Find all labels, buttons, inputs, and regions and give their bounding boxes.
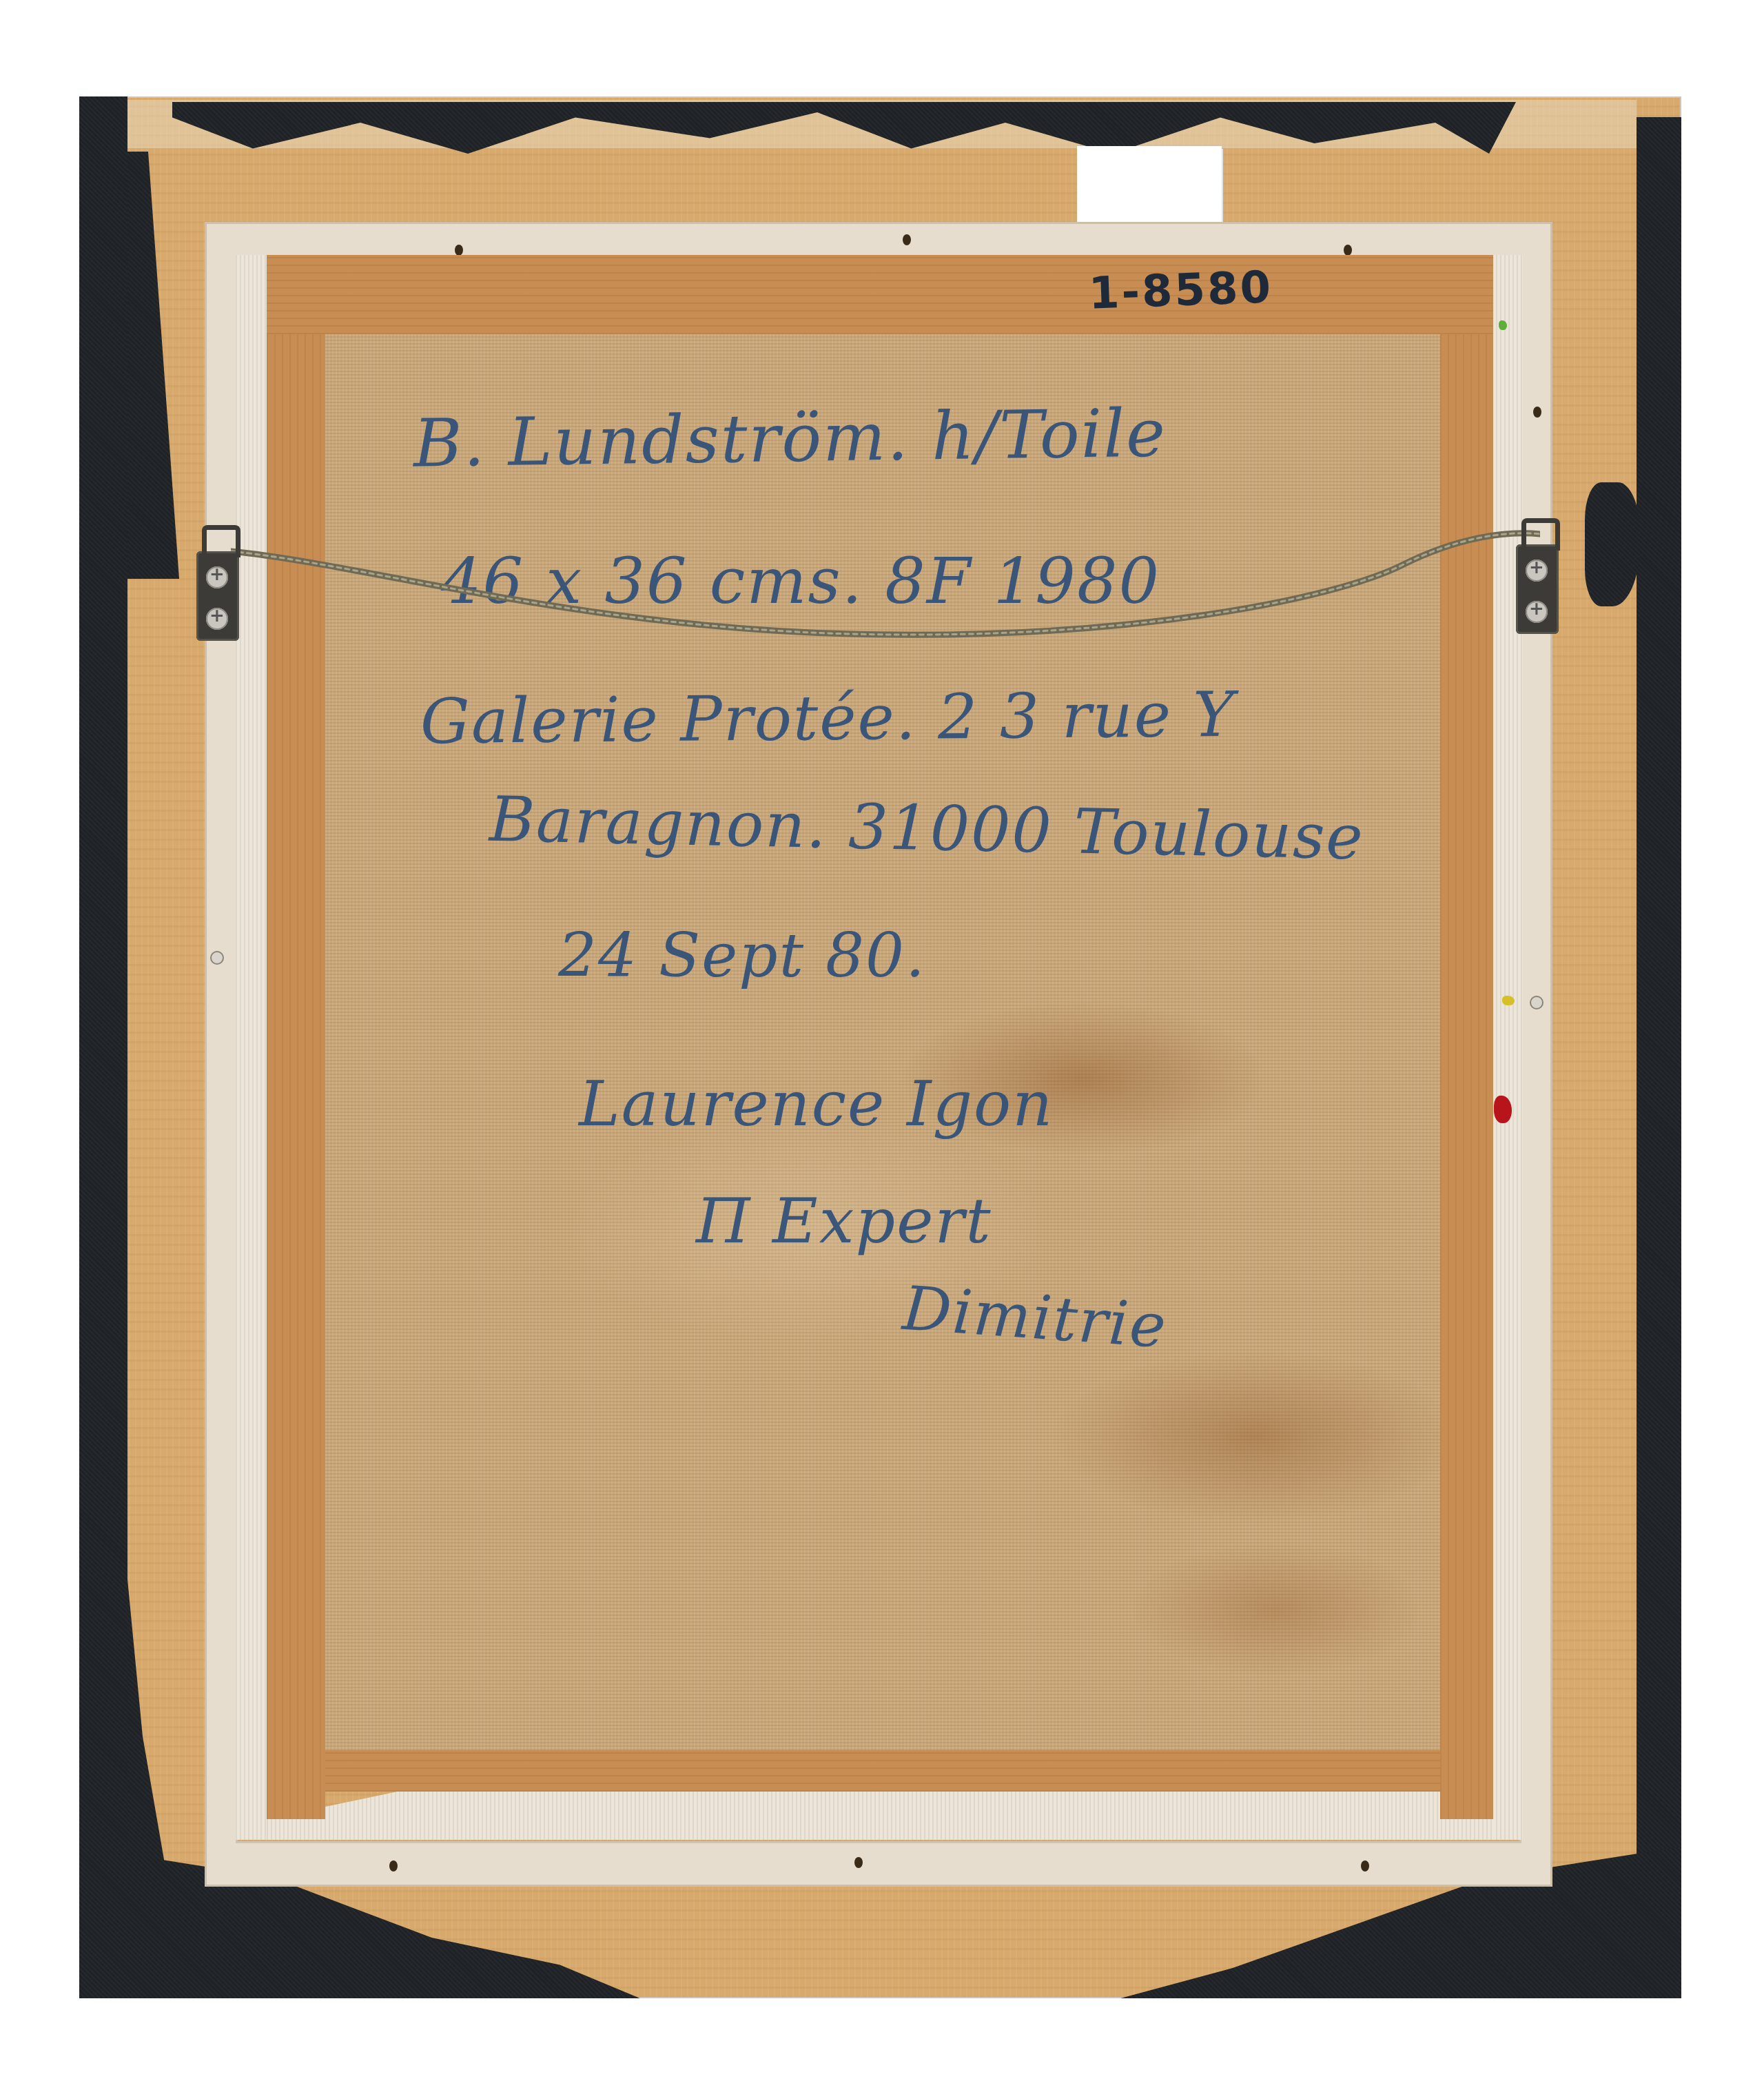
screw-icon: [206, 566, 228, 588]
stretcher-bar-bottom: [325, 1750, 1440, 1792]
nail-hole: [903, 234, 911, 245]
inscription-artist-medium: B. Lundström. h/Toile: [413, 394, 1167, 482]
stretcher-bar-left: [267, 334, 325, 1819]
d-ring-hanger-left-icon: [196, 551, 239, 641]
yellow-paint-mark: [1502, 996, 1515, 1005]
canvas-tacking-edge-left: [236, 255, 267, 1840]
nail-hole: [389, 1860, 398, 1871]
nail-hole: [1361, 1860, 1369, 1871]
d-ring-loop: [202, 525, 240, 557]
d-ring-loop: [1521, 518, 1560, 551]
screw-icon: [1526, 560, 1548, 582]
screw-icon: [1526, 601, 1548, 623]
nail-hole: [854, 1857, 863, 1868]
black-backing-paper-left: [79, 96, 127, 1998]
inscription-expert: Π Expert: [696, 1185, 992, 1258]
screw-icon: [210, 951, 224, 965]
nail-hole: [455, 245, 463, 256]
d-ring-hanger-right-icon: [1516, 544, 1559, 634]
black-backing-paper-right: [1637, 117, 1681, 1998]
inventory-number: 1-8580: [1088, 262, 1274, 319]
inscription-gallery: Galerie Protée. 2 3 rue Y: [420, 679, 1236, 758]
canvas-tacking-edge-right: [1492, 255, 1523, 1840]
nail-hole: [1344, 245, 1352, 256]
screw-icon: [1530, 996, 1543, 1009]
screw-icon: [206, 608, 228, 630]
red-paint-mark: [1494, 1096, 1512, 1123]
inscription-date: 24 Sept 80.: [558, 920, 926, 991]
black-backing-paper-right-patch: [1585, 482, 1640, 606]
stretcher-bar-right: [1440, 334, 1493, 1819]
inscription-dimensions-year: 46 x 36 cms. 8F 1980: [441, 544, 1160, 618]
inscription-name: Laurence Igon: [579, 1068, 1054, 1140]
nail-hole: [1533, 407, 1541, 418]
green-paint-mark: [1499, 320, 1507, 330]
stretcher-bar-top: [267, 255, 1493, 334]
white-label: [1077, 146, 1222, 222]
